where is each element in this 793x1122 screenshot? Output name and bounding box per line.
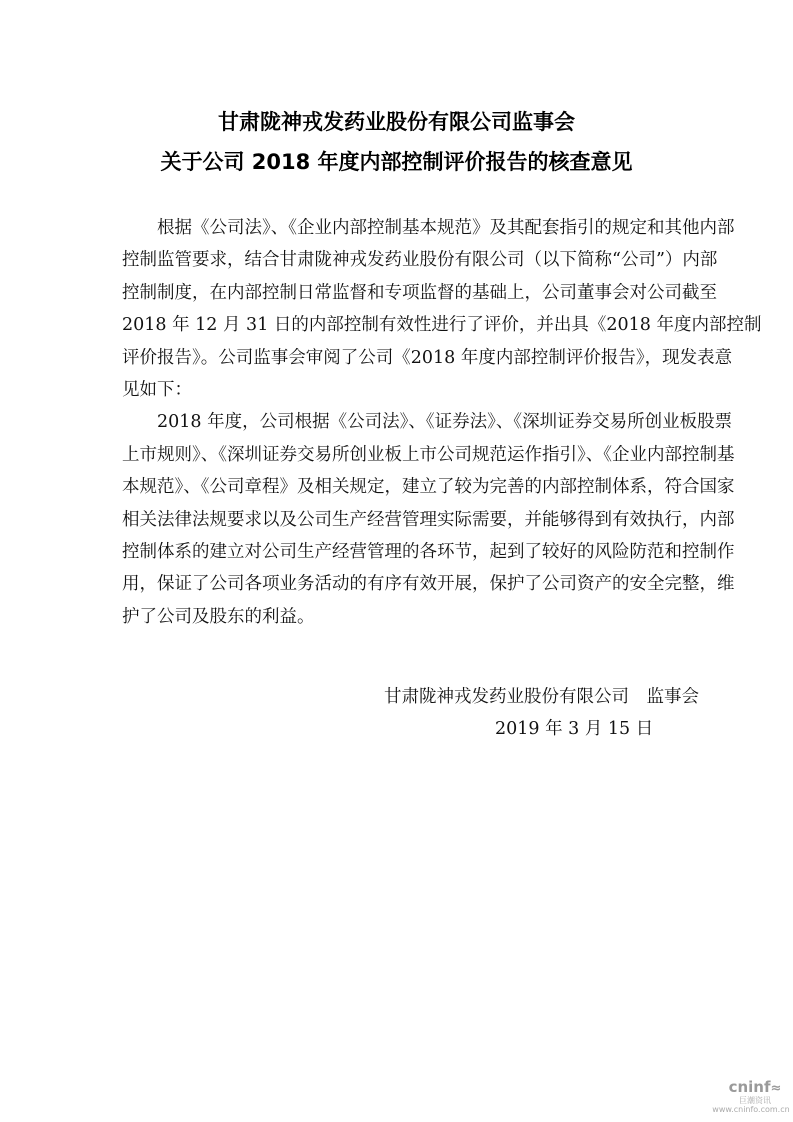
signature-organization: 甘肃陇神戎发药业股份有限公司 监事会 bbox=[384, 683, 699, 708]
text-line: 护了公司及股东的利益。 bbox=[122, 601, 673, 633]
text-line: 用，保证了公司各项业务活动的有序有效开展，保护了公司资产的安全完整，维 bbox=[122, 568, 673, 600]
document-title: 甘肃陇神戎发药业股份有限公司监事会 bbox=[0, 106, 793, 136]
text-line: 相关法律法规要求以及公司生产经营管理实际需要，并能够得到有效执行，内部 bbox=[122, 504, 673, 536]
watermark-brand-cn: 巨潮资讯 bbox=[720, 1096, 790, 1105]
text-line: 2018 年 12 月 31 日的内部控制有效性进行了评价，并出具《2018 年… bbox=[122, 309, 673, 341]
text-line: 本规范》、《公司章程》及相关规定，建立了较为完善的内部控制体系，符合国家 bbox=[122, 471, 673, 503]
watermark-url: www.cninfo.com.cn bbox=[712, 1105, 790, 1114]
text-line: 2018 年度，公司根据《公司法》、《证券法》、《深圳证券交易所创业板股票 bbox=[122, 406, 673, 438]
cninfo-watermark: cninf≈ 巨潮资讯 www.cninfo.com.cn bbox=[720, 1080, 790, 1114]
paragraph-1: 根据《公司法》、《企业内部控制基本规范》及其配套指引的规定和其他内部 控制监管要… bbox=[122, 212, 673, 406]
text-line: 见如下： bbox=[122, 374, 673, 406]
text-line: 控制监管要求，结合甘肃陇神戎发药业股份有限公司（以下简称“公司”）内部 bbox=[122, 244, 673, 276]
text-line: 评价报告》。公司监事会审阅了公司《2018 年度内部控制评价报告》，现发表意 bbox=[122, 342, 673, 374]
text-line: 控制制度，在内部控制日常监督和专项监督的基础上，公司董事会对公司截至 bbox=[122, 277, 673, 309]
text-line: 根据《公司法》、《企业内部控制基本规范》及其配套指引的规定和其他内部 bbox=[122, 212, 673, 244]
cninfo-logo-icon: cninf≈ bbox=[720, 1080, 790, 1096]
paragraph-2: 2018 年度，公司根据《公司法》、《证券法》、《深圳证券交易所创业板股票 上市… bbox=[122, 406, 673, 633]
document-subtitle: 关于公司 2018 年度内部控制评价报告的核查意见 bbox=[0, 146, 793, 176]
text-line: 上市规则》、《深圳证券交易所创业板上市公司规范运作指引》、《企业内部控制基 bbox=[122, 439, 673, 471]
signature-date: 2019 年 3 月 15 日 bbox=[495, 715, 653, 740]
text-line: 控制体系的建立对公司生产经营管理的各环节，起到了较好的风险防范和控制作 bbox=[122, 536, 673, 568]
document-body: 根据《公司法》、《企业内部控制基本规范》及其配套指引的规定和其他内部 控制监管要… bbox=[122, 212, 673, 633]
